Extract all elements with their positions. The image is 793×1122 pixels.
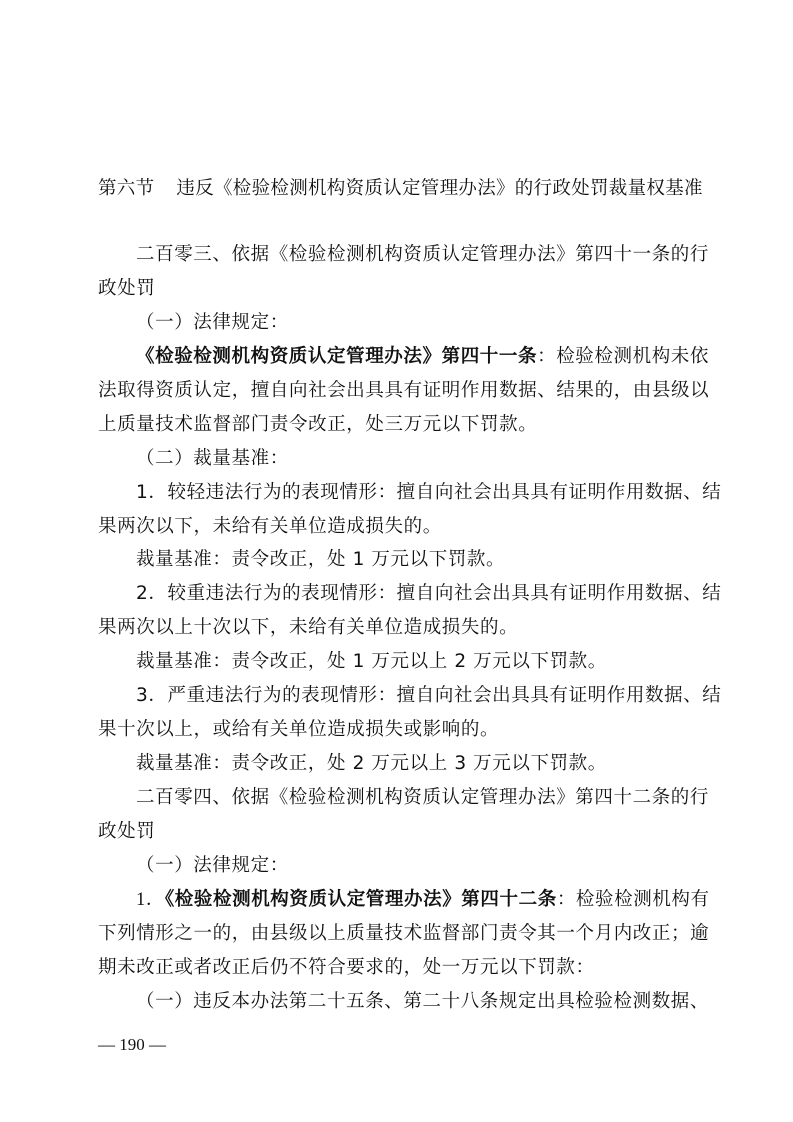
item-203-discretion-label: （二）裁量基准： xyxy=(136,447,698,471)
section-title: 第六节违反《检验检测机构资质认定管理办法》的行政处罚裁量权基准 xyxy=(98,177,698,201)
item-203-heading-line2: 政处罚 xyxy=(98,277,698,301)
item-204-legal-line4: （一）违反本办法第二十五条、第二十八条规定出具检验检测数据、 xyxy=(136,990,698,1014)
item-204-legal-line1-rest: ：检验检测机构有 xyxy=(557,889,710,910)
item-204-legal-prefix: 1． xyxy=(136,890,165,910)
level-2-line1: 2．较重违法行为的表现情形：擅自向社会出具具有证明作用数据、结 xyxy=(136,582,698,606)
item-204-heading-line2: 政处罚 xyxy=(98,820,698,844)
item-204-legal-line3: 期未改正或者改正后仍不符合要求的，处一万元以下罚款： xyxy=(98,956,698,980)
level-2-standard: 裁量基准：责令改正，处 1 万元以上 2 万元以下罚款。 xyxy=(136,650,698,674)
level-1-line1: 1．较轻违法行为的表现情形：擅自向社会出具具有证明作用数据、结 xyxy=(136,481,698,505)
item-204-legal-ref: 《检验检测机构资质认定管理办法》第四十二条 xyxy=(165,889,557,910)
item-203-legal-line1-rest: ：检验检测机构未依 xyxy=(537,346,709,367)
item-204-heading-line1: 二百零四、依据《检验检测机构资质认定管理办法》第四十二条的行 xyxy=(136,786,698,810)
page-number: — 190 — xyxy=(98,1034,166,1056)
item-204-legal-label: （一）法律规定： xyxy=(136,854,698,878)
level-1-line2: 果两次以下，未给有关单位造成损失的。 xyxy=(98,515,698,539)
item-203-heading-line1: 二百零三、依据《检验检测机构资质认定管理办法》第四十一条的行 xyxy=(136,243,698,267)
item-203-legal-line2: 法取得资质认定，擅自向社会出具具有证明作用数据、结果的，由县级以 xyxy=(98,379,698,403)
item-204-legal-line1: 1．《检验检测机构资质认定管理办法》第四十二条：检验检测机构有 xyxy=(136,888,698,912)
item-204-legal-line2: 下列情形之一的，由县级以上质量技术监督部门责令其一个月内改正；逾 xyxy=(98,922,698,946)
section-title-text: 违反《检验检测机构资质认定管理办法》的行政处罚裁量权基准 xyxy=(176,178,702,199)
item-203-legal-line3: 上质量技术监督部门责令改正，处三万元以下罚款。 xyxy=(98,413,698,437)
level-3-line1: 3．严重违法行为的表现情形：擅自向社会出具具有证明作用数据、结 xyxy=(136,684,698,708)
level-1-standard: 裁量基准：责令改正，处 1 万元以下罚款。 xyxy=(136,548,698,572)
level-3-standard: 裁量基准：责令改正，处 2 万元以上 3 万元以下罚款。 xyxy=(136,752,698,776)
item-203-legal-line1: 《检验检测机构资质认定管理办法》第四十一条：检验检测机构未依 xyxy=(136,345,698,369)
item-203-legal-ref: 《检验检测机构资质认定管理办法》第四十一条 xyxy=(136,346,537,367)
level-3-line2: 果十次以上，或给有关单位造成损失或影响的。 xyxy=(98,718,698,742)
item-203-legal-label: （一）法律规定： xyxy=(136,311,698,335)
level-2-line2: 果两次以上十次以下，未给有关单位造成损失的。 xyxy=(98,616,698,640)
section-number: 第六节 xyxy=(98,178,154,199)
document-page: 第六节违反《检验检测机构资质认定管理办法》的行政处罚裁量权基准 二百零三、依据《… xyxy=(0,0,793,1122)
